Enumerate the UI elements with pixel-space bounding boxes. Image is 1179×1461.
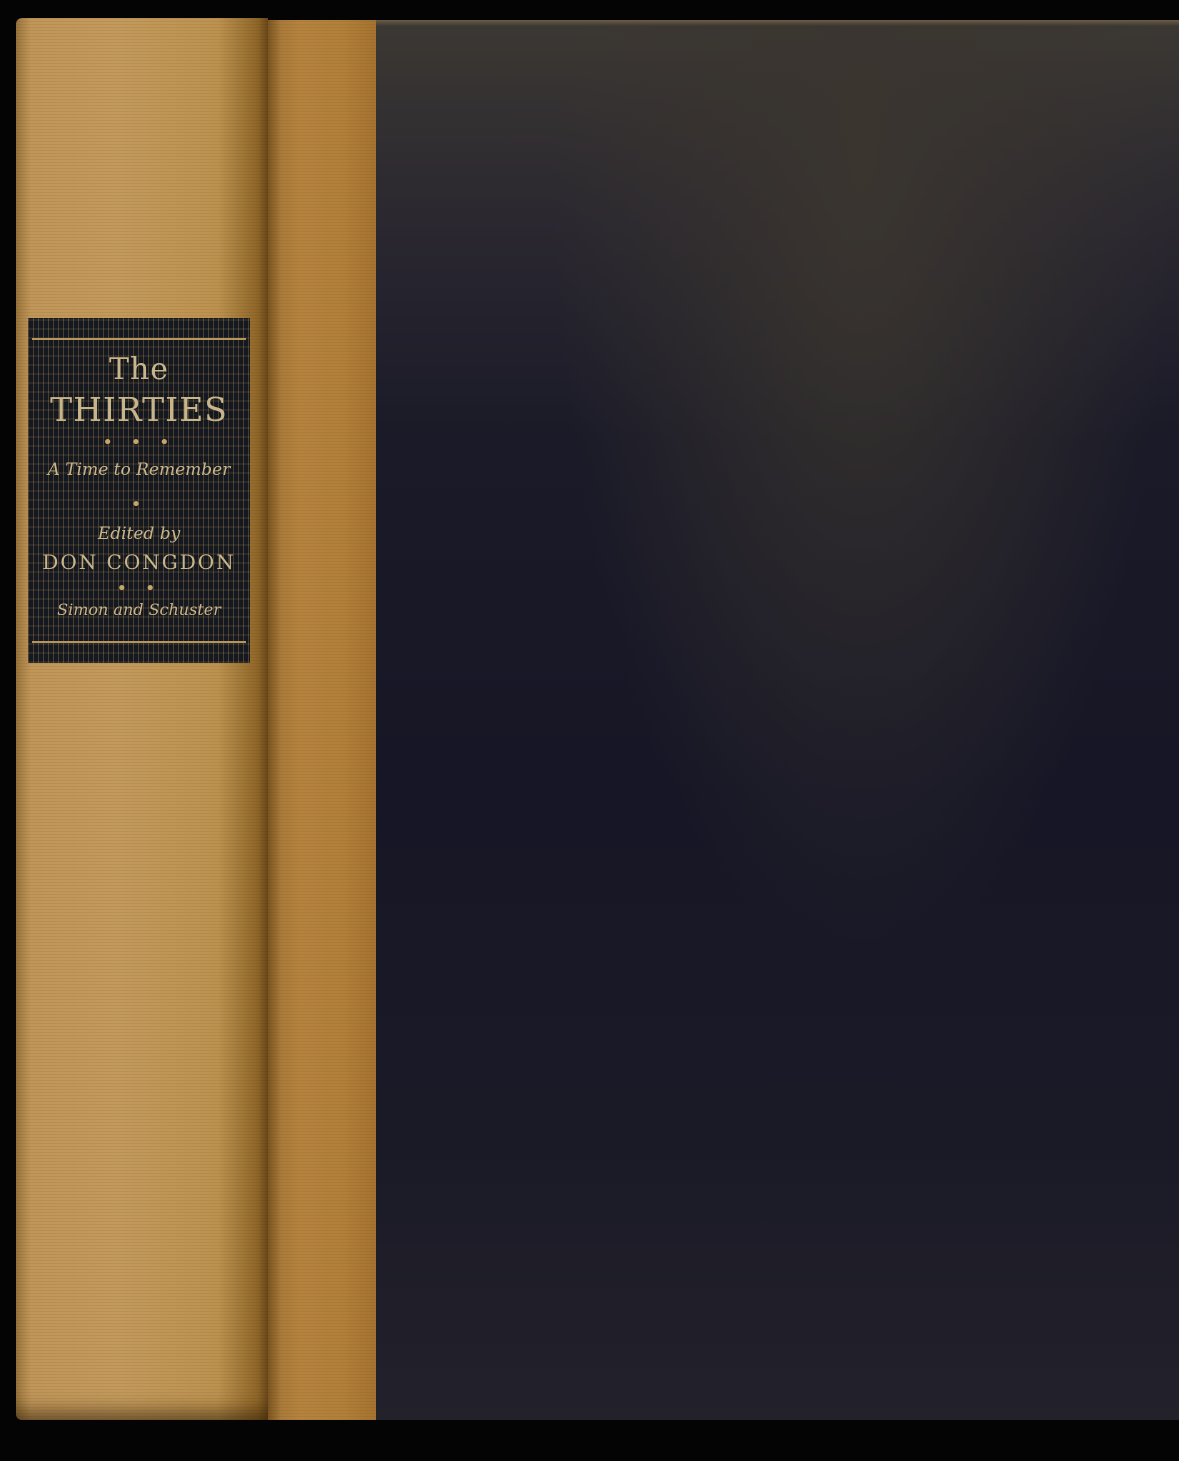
book: The THIRTIES • • • A Time to Remember • … [16, 18, 1179, 1433]
ornament-dot-icon: • [28, 496, 250, 514]
subtitle: A Time to Remember [28, 460, 250, 480]
publisher: Simon and Schuster [28, 600, 250, 619]
edited-by: Edited by [28, 524, 250, 544]
book-hinge-cloth [268, 20, 376, 1420]
label-bottom-rule [32, 641, 246, 643]
spine-label: The THIRTIES • • • A Time to Remember • … [28, 318, 250, 663]
book-spine: The THIRTIES • • • A Time to Remember • … [16, 18, 268, 1420]
title-line-2: THIRTIES [28, 390, 250, 429]
label-top-rule [32, 338, 246, 340]
ornament-dots-icon: • • [28, 580, 250, 598]
ornament-dots-icon: • • • [28, 434, 250, 452]
editor-name: DON CONGDON [28, 550, 250, 574]
board-top-edge [376, 20, 1179, 26]
title-line-1: The [28, 352, 250, 387]
front-board [376, 20, 1179, 1420]
